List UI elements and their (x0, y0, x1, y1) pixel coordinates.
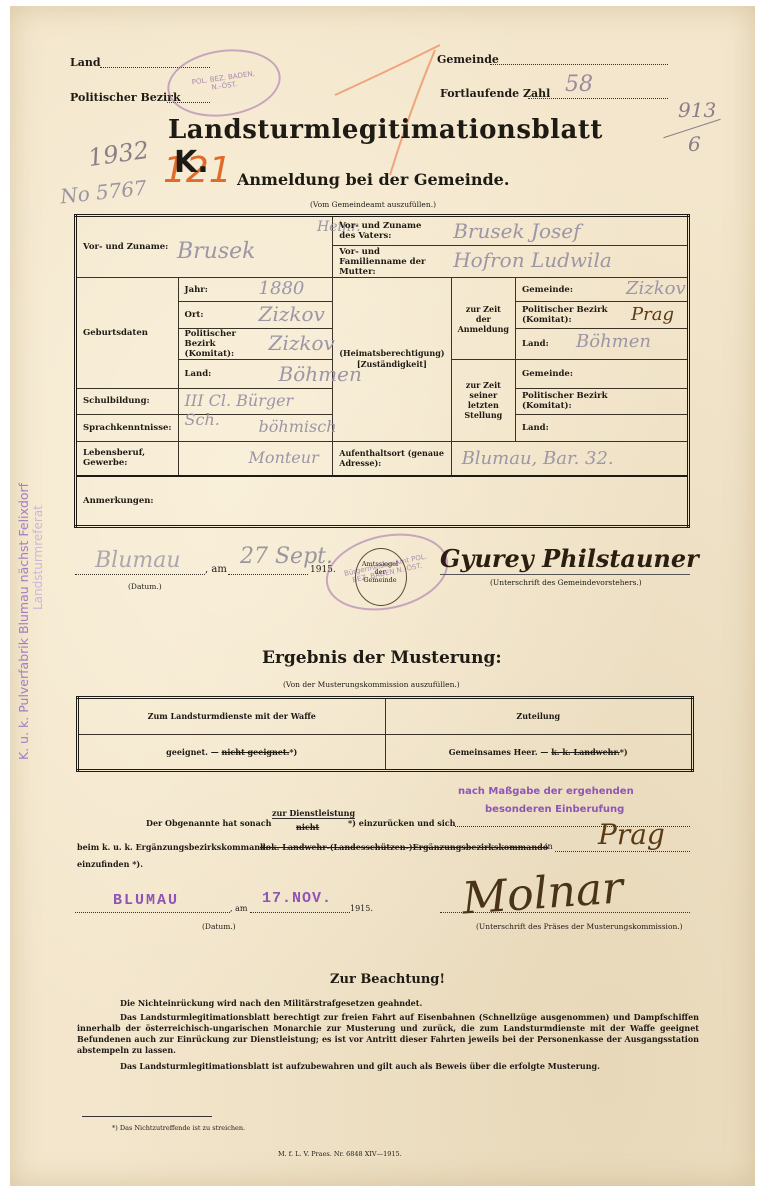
occupation-cell[interactable]: Monteur (178, 441, 333, 476)
order-line3-text: einzufinden *). (77, 859, 143, 869)
bezirk-label: Politischer Bezirk (70, 91, 181, 104)
last-gemeinde-cell[interactable]: Gemeinde: (516, 360, 689, 388)
birth-year-value: 1880 (259, 278, 305, 299)
commission-signature-line[interactable] (440, 912, 690, 913)
footnote: *) Das Nichtzutreffende ist zu streichen… (112, 1124, 245, 1132)
reg-bezirk-value: Prag (631, 304, 674, 325)
municipal-datum-label: (Datum.) (128, 582, 162, 591)
muster-heading: Ergebnis der Musterung: (262, 648, 502, 668)
at-registration-label: zur Zeit der Anmeldung (451, 277, 515, 359)
occupation-label: Lebensberuf, Gewerbe: (76, 441, 179, 476)
birth-district-value: Zizkov (269, 331, 335, 355)
commission-date-stamp: 17.NOV. (262, 890, 332, 907)
remarks-cell[interactable]: Anmerkungen: (76, 476, 689, 527)
heimat-label: (Heimatsberechtigung) [Zuständigkeit] (333, 277, 451, 441)
language-value: böhmisch (259, 417, 337, 436)
title-letter: K. (174, 145, 209, 180)
residence-cell[interactable]: Blumau, Bar. 32. (451, 441, 688, 476)
struck-option: k. k. Landwehr. (551, 747, 620, 757)
municipal-am-label: , am (205, 564, 227, 575)
order-line2-struck: k. k. Landwehr-(Landesschützen-)Ergänzun… (260, 842, 548, 852)
gemeinde-field[interactable] (490, 64, 668, 65)
municipal-place-value: Blumau (95, 548, 181, 573)
muster-table: Zum Landsturmdienste mit der Waffe Zutei… (76, 696, 694, 772)
commission-place-field[interactable] (75, 912, 230, 913)
school-cell[interactable]: III Cl. Bürger Sch. (178, 388, 333, 414)
birth-country-cell[interactable]: Land: Böhmen (178, 360, 333, 388)
footnote-rule (82, 1116, 212, 1117)
notice-p2: Das Landsturmlegitimationsblatt berechti… (77, 1012, 699, 1056)
father-value: Brusek Josef (453, 219, 580, 243)
residence-value: Blumau, Bar. 32. (462, 448, 614, 469)
struck-option: nicht geeignet. (222, 747, 290, 757)
school-label: Schulbildung: (76, 388, 179, 414)
reg-land-cell[interactable]: Land: Böhmen (516, 328, 689, 360)
seal-label: Amtssiegel der Gemeinde (358, 560, 402, 584)
notice-p1: Die Nichteinrückung wird nach den Militä… (120, 998, 700, 1009)
language-cell[interactable]: böhmisch (178, 415, 333, 441)
muster-col2-cell[interactable]: Gemeinsames Heer. — k. k. Landwehr.*) (385, 734, 693, 771)
commission-am-label: , am (230, 904, 247, 913)
last-bezirk-cell[interactable]: Politischer Bezirk (Komitat): (516, 388, 689, 414)
birth-place-cell[interactable]: Ort: Zizkov (178, 302, 333, 328)
land-label: Land (70, 56, 101, 69)
commission-date-field[interactable] (250, 912, 350, 913)
at-last-position-label: zur Zeit seiner letzten Stellung (451, 360, 515, 441)
order-field-2[interactable] (555, 851, 690, 852)
order-option-bottom: nicht (296, 822, 319, 832)
name-cell[interactable]: Vor- und Zuname: Brusek Heinr. (76, 216, 333, 278)
order-text-before: Der Obgenannte hat sonach (146, 818, 271, 828)
muster-col2-header: Zuteilung (385, 698, 693, 735)
corner-note-bottom: 6 (688, 132, 701, 156)
mother-cell[interactable]: Vor- und Familienname der Mutter: Hofron… (333, 246, 689, 278)
reg-land-value: Böhmen (576, 331, 651, 352)
mother-value: Hofron Ludwila (453, 248, 612, 272)
name-value: Brusek (177, 239, 256, 264)
occupation-value: Monteur (249, 448, 319, 467)
order-stamp-line1: nach Maßgabe der ergehenden (458, 786, 634, 797)
reg-gemeinde-value: Zizkov (626, 278, 686, 299)
notice-heading: Zur Beachtung! (330, 972, 445, 987)
fortlaufende-field[interactable] (528, 98, 668, 99)
reg-gemeinde-cell[interactable]: Gemeinde: Zizkov (516, 277, 689, 301)
notice-p3: Das Landsturmlegitimationsblatt ist aufz… (120, 1061, 700, 1072)
birth-group-label: Geburtsdaten (76, 277, 179, 388)
birth-year-cell[interactable]: Jahr: 1880 (178, 277, 333, 301)
municipal-date-field[interactable] (228, 574, 308, 575)
birth-district-cell[interactable]: Politischer Bezirk (Komitat): Zizkov (178, 328, 333, 360)
side-stamp: K. u. k. Pulverfabrik Blumau nächst Feli… (16, 240, 45, 760)
muster-col1-header: Zum Landsturmdienste mit der Waffe (78, 698, 386, 735)
commission-year: 1915. (350, 904, 373, 913)
order-line2-in: in (545, 842, 553, 851)
commission-datum-label: (Datum.) (202, 922, 236, 931)
father-cell[interactable]: Vor- und Zuname des Vaters: Brusek Josef (333, 216, 689, 246)
birth-country-value: Böhmen (279, 362, 362, 386)
order-text-after: *) einzurücken und sich (348, 818, 455, 828)
municipal-signature-label: (Unterschrift des Gemeindevorstehers.) (490, 578, 642, 587)
corner-note-top: 913 (678, 98, 716, 122)
fortlaufende-value: 58 (565, 72, 593, 97)
order-stamp-line2: besonderen Einberufung (485, 804, 624, 815)
order-line2-value: Prag (598, 818, 665, 851)
section-title: Anmeldung bei der Gemeinde. (237, 170, 509, 189)
muster-col1-cell[interactable]: geeignet. — nicht geeignet.*) (78, 734, 386, 771)
muster-note: (Von der Musterungskommission auszufülle… (283, 680, 460, 689)
municipal-place-field[interactable] (75, 574, 205, 575)
residence-label: Aufenthaltsort (genaue Adresse): (333, 441, 451, 476)
print-reference: M. f. L. V. Praes. Nr. 6848 XIV—1915. (278, 1150, 402, 1158)
order-line2-text: beim k. u. k. Ergänzungsbezirkskommando … (77, 842, 282, 852)
section-note: (Vom Gemeindeamt auszufüllen.) (310, 200, 436, 209)
commission-signature-label: (Unterschrift des Präses der Musterungsk… (476, 922, 683, 931)
order-option-top: zur Dienstleistung (272, 808, 355, 819)
reg-bezirk-cell[interactable]: Politischer Bezirk (Komitat): Prag (516, 302, 689, 328)
birth-place-value: Zizkov (259, 302, 325, 326)
language-label: Sprachkenntnisse: (76, 415, 179, 441)
municipal-signature: Gyurey Philstauner (440, 544, 699, 573)
commission-place-stamp: BLUMAU (113, 892, 179, 909)
last-land-cell[interactable]: Land: (516, 415, 689, 441)
registration-form: Vor- und Zuname: Brusek Heinr. Vor- und … (74, 214, 690, 528)
municipal-signature-line[interactable] (440, 574, 690, 575)
